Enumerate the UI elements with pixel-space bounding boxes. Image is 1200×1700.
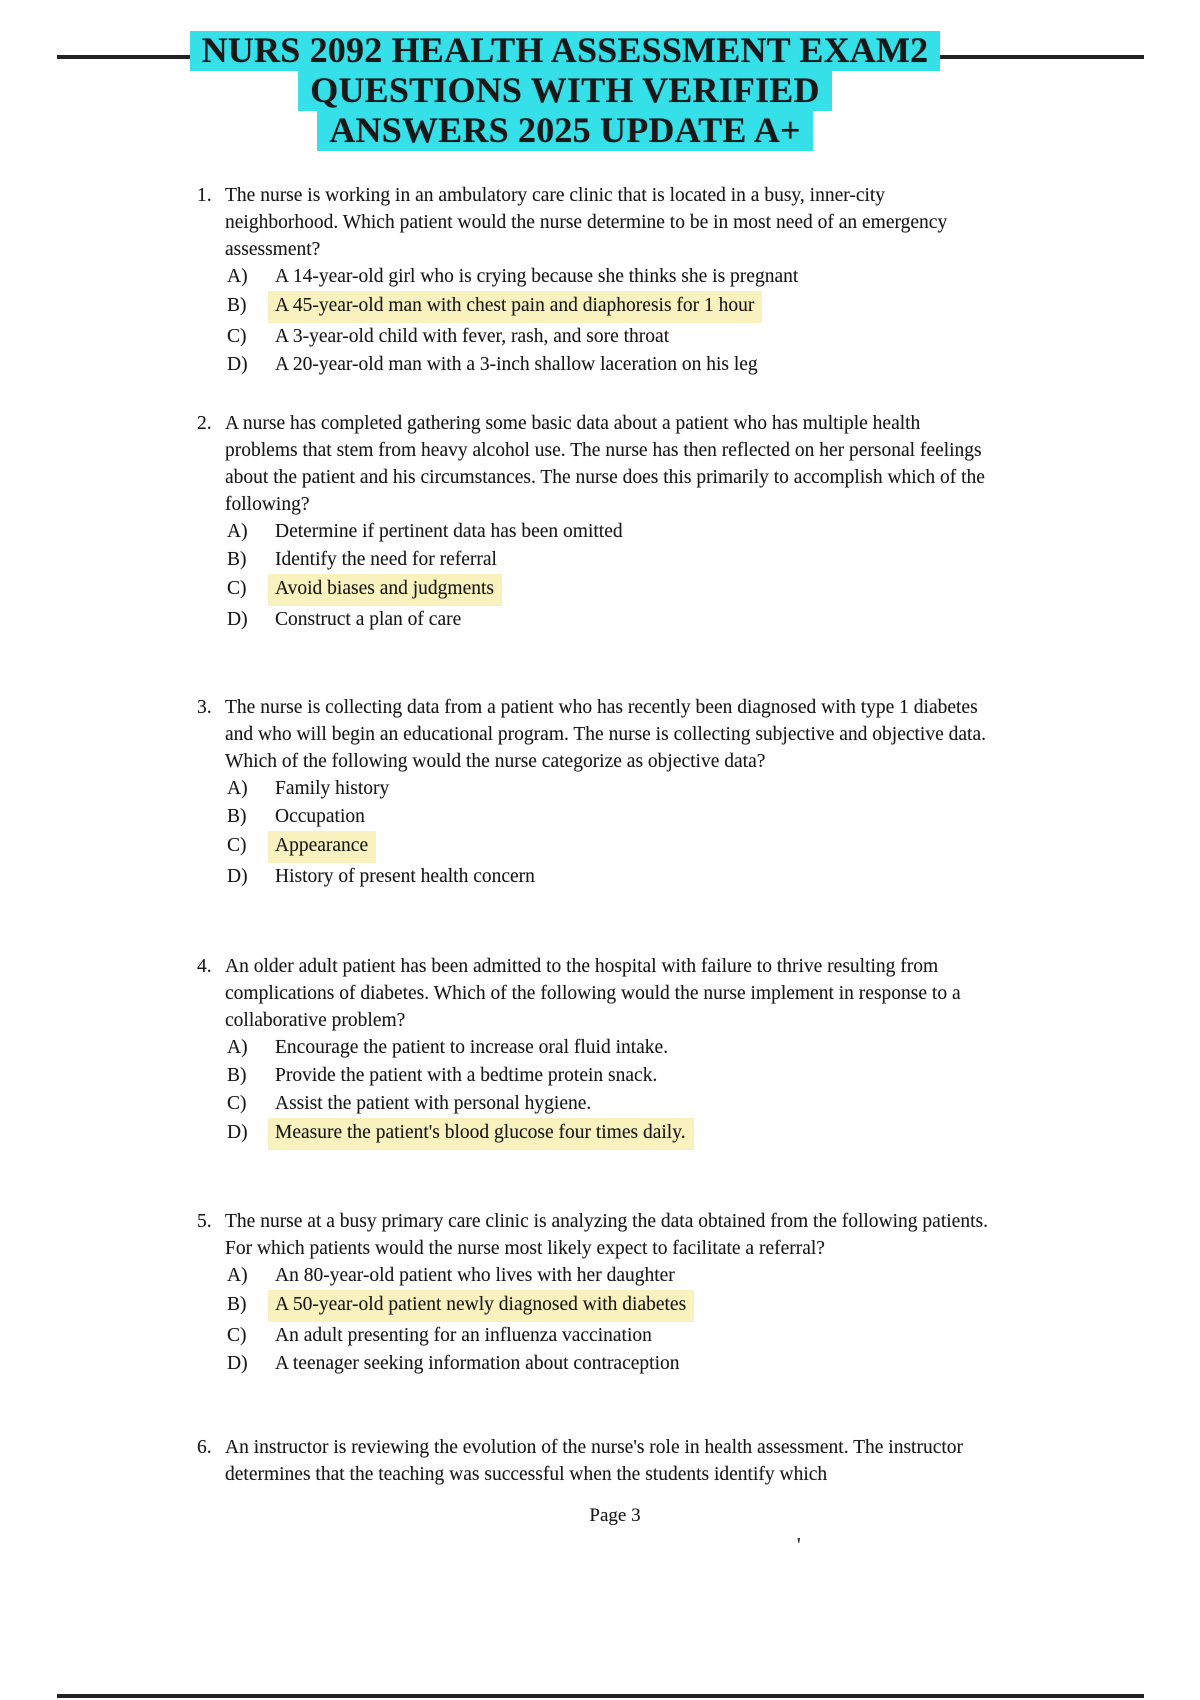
question: 4. An older adult patient has been admit… [197, 953, 997, 1150]
option-text: Determine if pertinent data has been omi… [275, 518, 623, 546]
stray-mark: ' [796, 1534, 802, 1557]
answer-option: A) A 14-year-old girl who is crying beca… [227, 263, 997, 291]
option-letter: C) [227, 323, 275, 351]
question-number: 5. [197, 1208, 225, 1262]
document-title-line: NURS 2092 HEALTH ASSESSMENT EXAM2 [190, 31, 941, 71]
question-number: 3. [197, 694, 225, 775]
question: 5. The nurse at a busy primary care clin… [197, 1208, 997, 1378]
answer-option: C) Assist the patient with personal hygi… [227, 1090, 997, 1118]
option-letter: D) [227, 863, 275, 891]
document-title: NURS 2092 HEALTH ASSESSMENT EXAM2QUESTIO… [0, 31, 1130, 151]
option-letter: D) [227, 606, 275, 634]
option-text: A 45-year-old man with chest pain and di… [268, 291, 762, 323]
options-list: A) Family history B) Occupation C) Appea… [227, 775, 997, 891]
option-letter: C) [227, 1090, 275, 1118]
questions-list: 1. The nurse is working in an ambulatory… [197, 182, 997, 1488]
options-list: A) Determine if pertinent data has been … [227, 518, 997, 634]
option-text: A 50-year-old patient newly diagnosed wi… [268, 1290, 694, 1322]
question-text: The nurse at a busy primary care clinic … [225, 1208, 997, 1262]
option-letter: B) [227, 803, 275, 831]
option-letter: A) [227, 1262, 275, 1290]
question-text: An older adult patient has been admitted… [225, 953, 997, 1034]
question-text: An instructor is reviewing the evolution… [225, 1434, 997, 1488]
question-number: 6. [197, 1434, 225, 1488]
option-text: An 80-year-old patient who lives with he… [275, 1262, 675, 1290]
options-list: A) An 80-year-old patient who lives with… [227, 1262, 997, 1378]
option-text: Appearance [268, 831, 376, 863]
answer-option: C) A 3-year-old child with fever, rash, … [227, 323, 997, 351]
option-text: A 14-year-old girl who is crying because… [275, 263, 798, 291]
option-text: Encourage the patient to increase oral f… [275, 1034, 668, 1062]
option-letter: A) [227, 775, 275, 803]
answer-option: D) History of present health concern [227, 863, 997, 891]
document-page: NURS 2092 HEALTH ASSESSMENT EXAM2QUESTIO… [0, 0, 1200, 1700]
option-text: A 20-year-old man with a 3-inch shallow … [275, 351, 758, 379]
option-letter: B) [227, 546, 275, 574]
option-text: Measure the patient's blood glucose four… [268, 1118, 694, 1150]
answer-option: D) Measure the patient's blood glucose f… [227, 1118, 997, 1150]
bottom-horizontal-rule [57, 1694, 1144, 1698]
question-text: A nurse has completed gathering some bas… [225, 410, 997, 518]
answer-option: A) Encourage the patient to increase ora… [227, 1034, 997, 1062]
answer-option: B) Provide the patient with a bedtime pr… [227, 1062, 997, 1090]
option-letter: D) [227, 1350, 275, 1378]
options-list: A) A 14-year-old girl who is crying beca… [227, 263, 997, 379]
answer-option: B) A 45-year-old man with chest pain and… [227, 291, 997, 323]
question-text: The nurse is collecting data from a pati… [225, 694, 997, 775]
option-text: History of present health concern [275, 863, 535, 891]
option-letter: A) [227, 518, 275, 546]
question-number: 1. [197, 182, 225, 263]
options-list: A) Encourage the patient to increase ora… [227, 1034, 997, 1150]
option-text: Assist the patient with personal hygiene… [275, 1090, 591, 1118]
answer-option: C) An adult presenting for an influenza … [227, 1322, 997, 1350]
answer-option: A) An 80-year-old patient who lives with… [227, 1262, 997, 1290]
option-letter: A) [227, 263, 275, 291]
question: 6. An instructor is reviewing the evolut… [197, 1434, 997, 1488]
document-title-line: ANSWERS 2025 UPDATE A+ [317, 111, 812, 151]
answer-option: D) Construct a plan of care [227, 606, 997, 634]
option-text: Construct a plan of care [275, 606, 461, 634]
option-text: Avoid biases and judgments [268, 574, 502, 606]
question-number: 2. [197, 410, 225, 518]
option-letter: C) [227, 1322, 275, 1350]
question-text: The nurse is working in an ambulatory ca… [225, 182, 997, 263]
answer-option: D) A teenager seeking information about … [227, 1350, 997, 1378]
question: 3. The nurse is collecting data from a p… [197, 694, 997, 891]
option-letter: A) [227, 1034, 275, 1062]
answer-option: B) Identify the need for referral [227, 546, 997, 574]
option-text: A 3-year-old child with fever, rash, and… [275, 323, 669, 351]
page-number: Page 3 [0, 1505, 1200, 1527]
option-text: A teenager seeking information about con… [275, 1350, 679, 1378]
answer-option: B) A 50-year-old patient newly diagnosed… [227, 1290, 997, 1322]
option-text: An adult presenting for an influenza vac… [275, 1322, 652, 1350]
answer-option: C) Avoid biases and judgments [227, 574, 997, 606]
option-letter: B) [227, 1062, 275, 1090]
answer-option: A) Family history [227, 775, 997, 803]
question: 1. The nurse is working in an ambulatory… [197, 182, 997, 379]
question-number: 4. [197, 953, 225, 1034]
answer-option: B) Occupation [227, 803, 997, 831]
answer-option: A) Determine if pertinent data has been … [227, 518, 997, 546]
document-title-line: QUESTIONS WITH VERIFIED [298, 71, 831, 111]
answer-option: C) Appearance [227, 831, 997, 863]
answer-option: D) A 20-year-old man with a 3-inch shall… [227, 351, 997, 379]
option-text: Identify the need for referral [275, 546, 497, 574]
option-text: Provide the patient with a bedtime prote… [275, 1062, 657, 1090]
option-text: Occupation [275, 803, 365, 831]
option-letter: D) [227, 351, 275, 379]
question: 2. A nurse has completed gathering some … [197, 410, 997, 634]
option-text: Family history [275, 775, 389, 803]
